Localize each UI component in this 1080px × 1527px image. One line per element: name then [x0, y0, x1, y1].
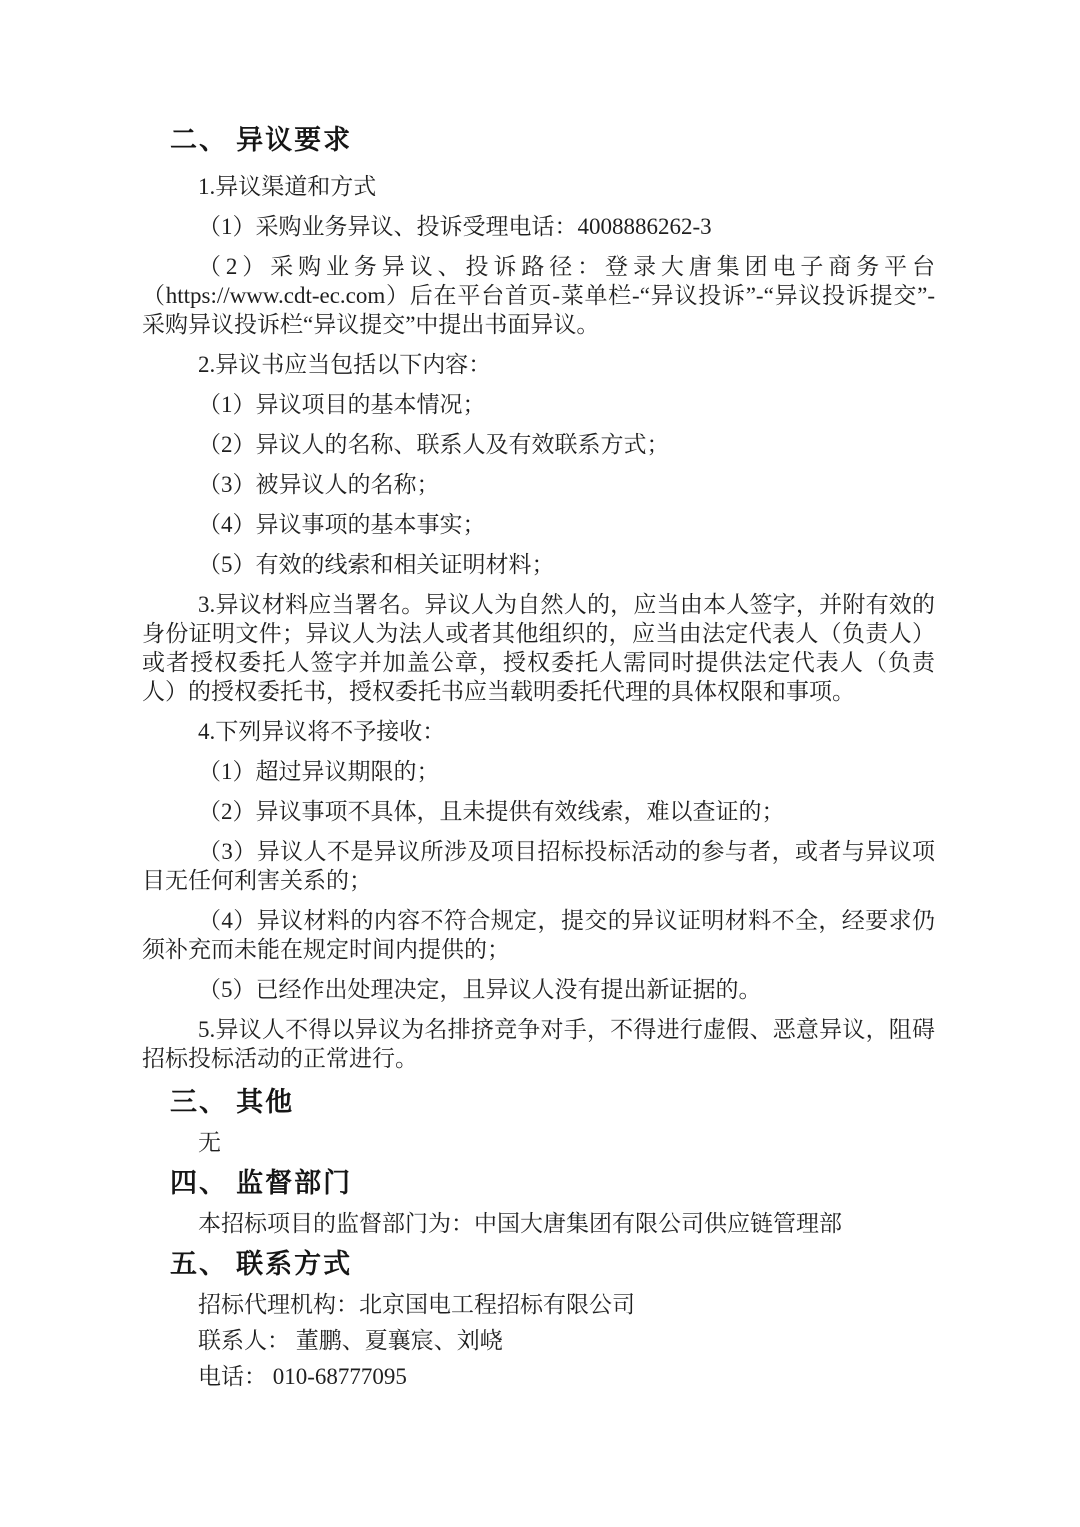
- section-number: 二、: [170, 122, 236, 158]
- list-item-objector-contact: （2）异议人的名称、联系人及有效联系方式；: [142, 430, 935, 459]
- paragraph-complaint-path: （2）采购业务异议、投诉路径：登录大唐集团电子商务平台（https://www.…: [142, 252, 935, 339]
- list-item-overdue: （1）超过异议期限的；: [142, 757, 935, 786]
- list-item-incomplete-materials: （4）异议材料的内容不符合规定，提交的异议证明材料不全，经要求仍须补充而未能在规…: [142, 906, 935, 964]
- list-item-not-participant: （3）异议人不是异议所涉及项目招标投标活动的参与者，或者与异议项目无任何利害关系…: [142, 837, 935, 895]
- section-contact-info: 五、联系方式 招标代理机构：北京国电工程招标有限公司 联系人： 董鹏、夏襄宸、刘…: [142, 1246, 935, 1391]
- list-item-already-decided: （5）已经作出处理决定，且异议人没有提出新证据的。: [142, 975, 935, 1004]
- section-number: 三、: [170, 1084, 236, 1120]
- list-item-project-basic-info: （1）异议项目的基本情况；: [142, 390, 935, 419]
- section-heading: 二、异议要求: [170, 122, 935, 158]
- paragraph-agency-name: 招标代理机构：北京国电工程招标有限公司: [142, 1290, 935, 1319]
- paragraph-objection-channels: 1.异议渠道和方式: [142, 172, 935, 201]
- section-heading: 三、其他: [170, 1084, 935, 1120]
- section-number: 五、: [170, 1246, 236, 1282]
- document-page: 二、异议要求 1.异议渠道和方式 （1）采购业务异议、投诉受理电话：400888…: [0, 0, 1080, 1527]
- list-item-objected-party-name: （3）被异议人的名称；: [142, 470, 935, 499]
- section-title: 其他: [236, 1087, 294, 1117]
- paragraph-signature-requirements: 3.异议材料应当署名。异议人为自然人的，应当由本人签字，并附有效的身份证明文件；…: [142, 590, 935, 706]
- section-objection-requirements: 二、异议要求 1.异议渠道和方式 （1）采购业务异议、投诉受理电话：400888…: [142, 122, 935, 1073]
- section-title: 联系方式: [236, 1249, 352, 1279]
- paragraph-supervision-department: 本招标项目的监督部门为：中国大唐集团有限公司供应链管理部: [142, 1209, 935, 1238]
- paragraph-complaint-phone: （1）采购业务异议、投诉受理电话：4008886262-3: [142, 212, 935, 241]
- list-item-not-specific: （2）异议事项不具体，且未提供有效线索，难以查证的；: [142, 797, 935, 826]
- list-item-evidence-materials: （5）有效的线索和相关证明材料；: [142, 550, 935, 579]
- list-item-basic-facts: （4）异议事项的基本事实；: [142, 510, 935, 539]
- section-heading: 四、监督部门: [170, 1165, 935, 1201]
- section-number: 四、: [170, 1165, 236, 1201]
- paragraph-contact-phone: 电话： 010-68777095: [142, 1362, 935, 1391]
- paragraph-none: 无: [142, 1128, 935, 1157]
- section-title: 异议要求: [236, 125, 352, 155]
- paragraph-contact-persons: 联系人： 董鹏、夏襄宸、刘峣: [142, 1326, 935, 1355]
- paragraph-rejected-objections: 4.下列异议将不予接收：: [142, 717, 935, 746]
- section-other: 三、其他 无: [142, 1084, 935, 1157]
- paragraph-no-malicious-objection: 5.异议人不得以异议为名排挤竞争对手，不得进行虚假、恶意异议，阻碍招标投标活动的…: [142, 1015, 935, 1073]
- paragraph-objection-letter-contents: 2.异议书应当包括以下内容：: [142, 350, 935, 379]
- section-heading: 五、联系方式: [170, 1246, 935, 1282]
- section-supervision-department: 四、监督部门 本招标项目的监督部门为：中国大唐集团有限公司供应链管理部: [142, 1165, 935, 1238]
- section-title: 监督部门: [236, 1168, 352, 1198]
